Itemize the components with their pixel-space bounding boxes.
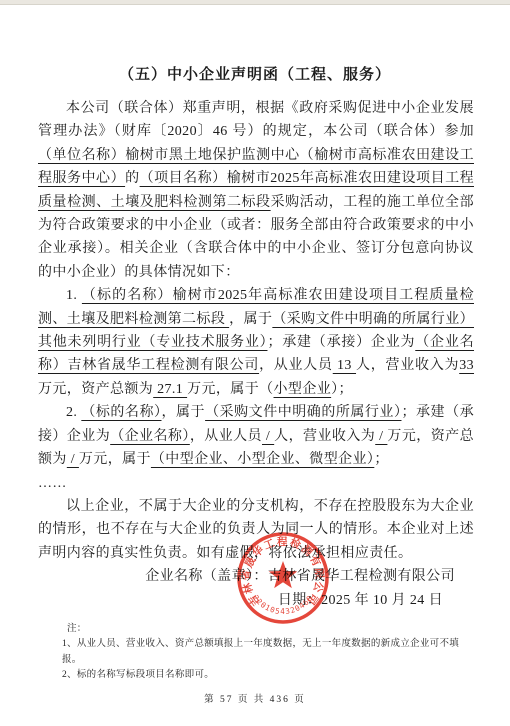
lot-1-employee-count-fill: 13	[333, 358, 356, 373]
declaration-paragraph: 本公司（联合体）郑重声明，根据《政府采购促进中小企业发展管理办法》（财库〔202…	[38, 97, 474, 284]
lot-2-revenue-fill: /	[375, 429, 387, 444]
lot-1-text: 万元，属于（	[187, 382, 273, 397]
lot-1-paragraph: 1. （标的名称）榆树市2025年高标准农田建设项目工程质量检测、土壤及肥料检测…	[38, 284, 474, 401]
lot-2-text: 人，营业收入为	[274, 429, 375, 444]
declaration-intro-text: 本公司（联合体）郑重声明，根据《政府采购促进中小企业发展管理办法》（财库〔202…	[38, 101, 474, 139]
lot-2-subject-name-fill: （标的名称）	[81, 405, 161, 420]
lot-2-company-name-fill: （企业名称）	[110, 429, 190, 444]
lot-2-paragraph: 2. （标的名称），属于（采购文件中明确的所属行业）；承建（承接）企业为（企业名…	[38, 401, 474, 471]
lot-2-text: ，属于	[162, 405, 206, 420]
lot-1-text: 万元，资产总额为	[38, 382, 153, 397]
lot-1-text: 人，营业收入为	[356, 358, 459, 373]
document-body: 本公司（联合体）郑重声明，根据《政府采购促进中小企业发展管理办法》（财库〔202…	[38, 97, 474, 612]
footnotes: 注： 1、从业人员、营业收入、资产总额填报上一年度数据，无上一年度数据的新成立企…	[62, 622, 474, 684]
page-number: 第 57 页 共 436 页	[0, 691, 510, 705]
closing-paragraph: 以上企业，不属于大企业的分支机构，不存在控股股东为大企业的情形，也不存在与大企业…	[38, 495, 474, 565]
lot-1-text: ）；	[331, 382, 353, 397]
lot-1-text: ；承建（承接）企业为	[267, 335, 415, 350]
lot-1-text: ，属于	[229, 312, 272, 327]
footnote-item-1: 1、从业人员、营业收入、资产总额填报上一年度数据，无上一年度数据的新成立企业可不…	[62, 637, 474, 668]
lot-2-text: ；	[374, 452, 388, 467]
lot-1-revenue-fill: 33	[459, 358, 474, 373]
footnote-heading: 注：	[67, 622, 474, 638]
lot-2-assets-fill: /	[67, 452, 79, 467]
lot-2-number: 2.	[66, 405, 81, 420]
lot-2-enterprise-type-fill: （中型企业、小型企业、微型企业）	[151, 452, 374, 467]
lot-1-text: ，从业人员	[259, 358, 333, 373]
ellipsis-line: ……	[38, 472, 474, 495]
viewer-top-strip	[0, 0, 510, 5]
declaration-document-page: （五）中小企业声明函（工程、服务） 本公司（联合体）郑重声明，根据《政府采购促进…	[0, 0, 510, 726]
connector-text: 的	[125, 171, 140, 186]
lot-1-enterprise-type-fill: 小型企业	[274, 382, 332, 397]
lot-1-number: 1.	[66, 288, 82, 303]
lot-1-assets-fill: 27.1	[153, 382, 187, 397]
document-title: （五）中小企业声明函（工程、服务）	[0, 63, 510, 84]
signature-date-line: 日期：2025 年 10 月 24 日	[38, 589, 474, 612]
lot-2-text: ，从业人员	[190, 429, 262, 444]
lot-2-employee-count-fill: /	[262, 429, 274, 444]
footnote-item-2: 2、标的名称写标段项目名称即可。	[62, 668, 474, 684]
lot-2-text: 万元，属于	[79, 452, 151, 467]
company-signature-line: 企业名称（盖章）：吉林省晟华工程检测有限公司	[38, 565, 474, 588]
lot-2-industry-fill: （采购文件中明确的所属行业）	[205, 405, 401, 420]
